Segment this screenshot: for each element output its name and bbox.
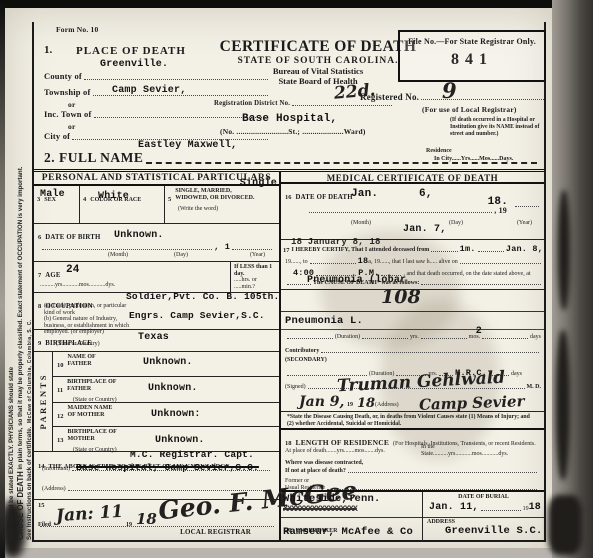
occupation-a-label: (a) Trade, profession, or particular kin… (44, 303, 128, 316)
field16-number: 16 (285, 194, 292, 201)
informant-address-label: (Address) (42, 486, 66, 493)
township-of-label: Township of (44, 88, 91, 98)
residence-label: Residence (426, 148, 452, 155)
secondary-label: (SECONDARY) (285, 357, 327, 364)
bureau-line: Bureau of Vital Statistics (212, 66, 424, 76)
place-of-death-value: Greenville. (100, 59, 168, 70)
former-label: Former or (285, 478, 309, 485)
field7-number: 7 (38, 272, 41, 279)
signed-label: (Signed) (285, 384, 306, 391)
age-units-line: ..........yrs...........mos...........dy… (40, 282, 115, 289)
duration2-days: days (511, 371, 522, 378)
form-number: Form No. 10 (56, 26, 98, 35)
usual-residence-label: Usual Residence (285, 485, 325, 492)
field18-number: 18 (285, 440, 292, 447)
local-registrar-use-note: (For use of Local Registrar) (422, 106, 517, 115)
mother-maiden-value: Unknown: (151, 409, 201, 420)
field12-number: 12 (57, 413, 64, 420)
father-name-value: Unknown. (143, 357, 193, 368)
in-state-line: State..........yrs...........mos........… (421, 451, 508, 458)
handwritten-108: 108 (381, 286, 421, 308)
signed-address-label: (Address) (375, 402, 399, 409)
field17-number: 17 (283, 247, 290, 254)
date-of-burial-label: DATE OF BURIAL (423, 494, 544, 501)
registration-district-label: Registration District No. (214, 100, 290, 108)
certify-line3-post: , and that death occurred, on the date s… (403, 271, 530, 278)
birthplace-sub: (State or Country) (56, 341, 100, 348)
medical-title: MEDICAL CERTIFICATE OF DEATH (281, 172, 544, 184)
if-less-label: If LESS than 1 day. (234, 264, 278, 277)
duration-mos-typed: 2 (476, 326, 482, 337)
township-value: Camp Sevier, (112, 85, 186, 96)
father-birthplace-label: BIRTHPLACE OF FATHER (67, 379, 119, 392)
item1-number: 1. (44, 44, 52, 56)
field5-number: 5 (168, 196, 171, 203)
undertaker-value: Ramseur, McAfee & Co (283, 526, 413, 538)
local-registrar-caption: LOCAL REGISTRAR (180, 528, 251, 536)
hrs-label: .....hrs. or (234, 277, 278, 284)
undertaker-address-value: Greenville S.C. (445, 525, 543, 537)
death-day-caption: (Day) (449, 220, 463, 227)
date-of-birth-label: DATE OF BIRTH (45, 234, 100, 241)
birthplace-value: Texas (138, 332, 169, 343)
death-day-typed-2: Jan. 7, (403, 224, 446, 235)
hospital-name-value: Base Hospital, (242, 113, 337, 125)
age-label: AGE (45, 272, 60, 279)
dob-year-typed: , 1 (214, 242, 230, 252)
color-race-value: White (98, 191, 129, 202)
certify-line2-pre: 19......, to (285, 259, 308, 266)
death-day-typed: 6, (419, 188, 433, 200)
marital-status-value: Single (240, 178, 277, 189)
death-month-typed: Jan. (351, 188, 378, 200)
duration-yrs: yrs. (410, 334, 419, 341)
informant-value: Base Hospital, Camp Sevier,S.C. (76, 462, 259, 473)
place-of-death-label: PLACE OF DEATH (76, 45, 186, 57)
date-of-birth-value: Unknown. (114, 230, 164, 241)
contributory-label: Contributory (285, 348, 319, 355)
city-of-label: City of (44, 132, 70, 142)
medical-certificate-column: MEDICAL CERTIFICATE OF DEATH 16 DATE OF … (281, 172, 544, 540)
occupation-b-value: Engrs. Camp Sevier,S.C. (129, 310, 265, 321)
burial-date-typed: Jan. 11, (429, 502, 479, 513)
residence-in-city-line: In City......Yrs......Mos......Days. (434, 156, 513, 163)
state-line: STATE OF SOUTH CAROLINA. (212, 56, 424, 66)
registered-no-value: 9 (442, 78, 457, 103)
certificate-form: Form No. 10 1. PLACE OF DEATH Greenville… (32, 22, 546, 542)
field15-number: 15 (38, 502, 45, 509)
certify-line2-post: a, 19......, that I last saw h..... aliv… (368, 259, 457, 266)
margin-note-cause-of-death: CAUSE OF DEATH (16, 471, 25, 540)
inc-town-of-label: Inc. Town of (44, 110, 92, 120)
in-the-label: In the (421, 444, 435, 451)
death-year-caption: (Year) (517, 220, 532, 227)
certify-line1-typed-a: 1m. (460, 244, 476, 254)
field13-number: 13 (57, 437, 64, 444)
mother-birthplace-value: Unknown. (155, 435, 205, 446)
hospital-instruction-note: (If death occurred in a Hospital or Inst… (450, 117, 546, 139)
field8-number: 8 (38, 303, 41, 310)
file-box-label: File No.—For State Registrar Only. (400, 37, 544, 46)
dob-year-caption: (Year) (250, 252, 265, 259)
certify-line1: I HEREBY CERTIFY, That I attended deceas… (292, 247, 430, 254)
field4-number: 4 (83, 196, 86, 203)
length-residence-paren: (For Hospitals, Institutions, Transients… (393, 441, 536, 447)
margin-note-line1: AGE should be stated EXACTLY. PHYSICIANS… (8, 28, 15, 540)
field9-number: 9 (38, 340, 41, 347)
field11-number: 11 (57, 387, 63, 394)
form-header: Form No. 10 1. PLACE OF DEATH Greenville… (34, 22, 544, 172)
scan-edge-top (0, 0, 593, 8)
mother-birthplace-label: BIRTHPLACE OF MOTHER (68, 429, 120, 442)
cause-pneumonia-typed: Pneumonia L. (285, 315, 363, 327)
certificate-title: CERTIFICATE OF DEATH (212, 38, 424, 56)
dob-day-caption: (Day) (174, 252, 188, 259)
md-label: M. D. (527, 384, 542, 391)
margin-instructions: AGE should be stated EXACTLY. PHYSICIANS… (8, 28, 33, 540)
full-name-label: 2. FULL NAME (44, 150, 143, 166)
registered-no-label: Registered No. (360, 92, 419, 102)
duration-days: days (530, 334, 541, 341)
father-birthplace-value: Unknown. (148, 383, 198, 394)
scan-edge-left (0, 0, 5, 558)
burial-struck-text: XXXXXXXXXXXXXXXXXX (283, 504, 357, 514)
signed-address-handwritten: Camp Sevier (419, 392, 525, 414)
marital-status-label: SINGLE, MARRIED, WIDOWED, OR DIVORCED. (175, 188, 261, 201)
county-of-label: County of (44, 72, 82, 82)
file-number-stamp: 841 (400, 51, 544, 69)
informant-title-typed: M.C. Registrar. Capt. (130, 449, 254, 460)
binding-blot (558, 190, 570, 310)
min-label: .....min.? (234, 284, 278, 291)
age-value: 24 (66, 264, 80, 276)
violent-causes-footnote: *State the Disease Causing Death, or, in… (287, 414, 530, 427)
if-not-at-place-line: If not at place of death? (285, 468, 346, 475)
cause-lobar-typed: Pneumonia (lobar (307, 275, 406, 286)
mother-maiden-label: MAIDEN NAME OF MOTHER (68, 405, 120, 418)
marital-write-word: (Write the word) (178, 206, 276, 213)
where-contracted-line: Where was disease contracted, (285, 460, 363, 467)
father-name-label: NAME OF FATHER (68, 354, 114, 367)
signed-date-handwritten: Jan 9, (299, 394, 344, 410)
death-month-caption: (Month) (351, 220, 371, 227)
sex-value: Male (40, 189, 65, 200)
field6-number: 6 (38, 234, 41, 241)
file-number-box: File No.—For State Registrar Only. 841 (398, 30, 546, 82)
duration-label: (Duration) (335, 334, 360, 341)
field10-number: 10 (57, 362, 64, 369)
signed-19-printed: 19 (347, 402, 353, 409)
binding-blot (556, 330, 570, 480)
occupation-a-value: Soldier,Pvt. Co. B. 105th. (126, 291, 279, 302)
scanned-death-certificate: AGE should be stated EXACTLY. PHYSICIANS… (0, 0, 593, 558)
at-place-line: At place of death.......yrs.......mos...… (285, 448, 385, 455)
personal-statistical-column: PERSONAL AND STATISTICAL PARTICULARS 3 S… (34, 172, 281, 540)
length-residence-label: LENGTH OF RESIDENCE (296, 438, 390, 447)
dob-month-caption: (Month) (108, 252, 128, 259)
certify-line1-typed-b: Jan. 8, (506, 244, 543, 254)
certify-line2-typed: 18 (358, 256, 369, 266)
death-19-printed: , 19 (494, 206, 507, 215)
date-of-death-label: DATE OF DEATH (296, 194, 353, 201)
binding-blot (548, 495, 582, 555)
informant-label: (Informant) (42, 466, 70, 473)
filed-date-handwritten: Jan: 11 (55, 502, 124, 527)
parents-vertical-label: PARENTS (38, 373, 48, 430)
burial-year-typed: 18 (529, 502, 541, 513)
margin-note-line2: in plain terms, so that it may be proper… (17, 167, 24, 472)
board-line: State Board of Health (212, 76, 424, 86)
signed-year-handwritten: 18 (357, 396, 375, 411)
